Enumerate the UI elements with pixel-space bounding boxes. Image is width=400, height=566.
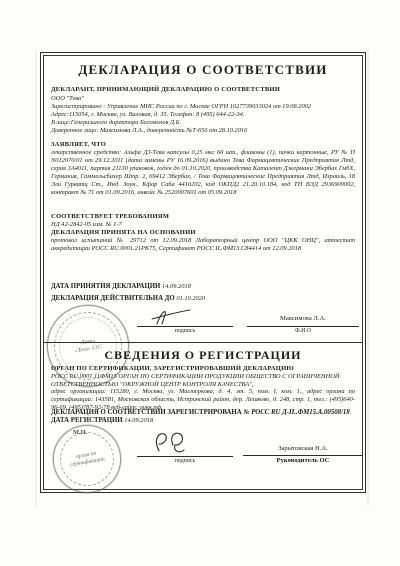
registration-date-value: 14.09.2018 bbox=[124, 417, 153, 424]
conforms-heading: СООТВЕТСТВУЕТ ТРЕБОВАНИЯМ bbox=[51, 213, 355, 221]
declarant-name: ООО "Тева" bbox=[51, 95, 355, 103]
declaration-document: ДЕКЛАРАЦИЯ О СООТВЕТСТВИИ ДЕКЛАРАНТ, ПРИ… bbox=[40, 52, 366, 493]
date-valid-value: 01.10.2020 bbox=[176, 295, 205, 302]
section-divider bbox=[43, 342, 363, 343]
registration-number-row: ДЕКЛАРАЦИЯ О СООТВЕТСТВИИ ЗАРЕГИСТРИРОВА… bbox=[51, 409, 355, 416]
scan-artifact-left bbox=[35, 50, 37, 506]
scan-artifact-right bbox=[367, 50, 369, 506]
basis-heading: ДЕКЛАРАЦИЯ ПРИНЯТА НА ОСНОВАНИИ bbox=[51, 229, 355, 237]
registration-number-value: № РОСС RU Д-IL.ФМ15.А.00508/18 bbox=[243, 409, 349, 416]
registration-date-label: ДАТА РЕГИСТРАЦИИ bbox=[51, 417, 123, 424]
date-valid-label: ДЕКЛАРАЦИЯ ДЕЙСТВИТЕЛЬНА ДО bbox=[51, 295, 175, 302]
signatory-2-line bbox=[243, 455, 363, 456]
declarant-registered: Зарегистрировано : Управление МНС России… bbox=[51, 103, 355, 111]
declarant-address: Адрес:115054, г. Москва, ул. Валовая, д.… bbox=[51, 111, 355, 119]
declarant-person: В лице:Генерального директора Богомолов … bbox=[51, 119, 355, 127]
registration-date-row: ДАТА РЕГИСТРАЦИИ 14.09.2018 bbox=[51, 417, 355, 424]
date-valid-row: ДЕКЛАРАЦИЯ ДЕЙСТВИТЕЛЬНА ДО 01.10.2020 bbox=[51, 295, 355, 302]
authority-heading: ОРГАН ПО СЕРТИФИКАЦИИ, ЗАРЕГИСТРИРОВАВШИ… bbox=[51, 365, 355, 373]
signatory-1-caption: Ф.И.О bbox=[247, 328, 359, 334]
signature-1-caption: подпись bbox=[137, 328, 233, 334]
signatory-2-name: Зарытовская Н.А. bbox=[247, 445, 359, 452]
signatory-1-name: Максимова Л.А. bbox=[251, 315, 355, 322]
signature-2-caption: подпись bbox=[137, 458, 233, 464]
registration-title: СВЕДЕНИЯ О РЕГИСТРАЦИИ bbox=[41, 348, 365, 363]
signatory-1-line bbox=[247, 326, 359, 327]
basis-text: протокол испытаний № 29712 от 12.09.2018… bbox=[51, 237, 355, 253]
conforms-text: НД 42-2842-05 изм. № 1-7 bbox=[51, 221, 355, 229]
declarant-heading: ДЕКЛАРАНТ, ПРИНИМАЮЩИЙ ДЕКЛАРАЦИЮ О СООТ… bbox=[51, 86, 355, 94]
signatory-2-role: Руководитель ОС bbox=[243, 457, 363, 464]
document-title: ДЕКЛАРАЦИЯ О СООТВЕТСТВИИ bbox=[41, 62, 365, 78]
declarant-trustee: Доверенное лицо: Максимова Л.А., доверен… bbox=[51, 127, 355, 135]
signature-1 bbox=[149, 307, 193, 327]
declares-heading: ЗАЯВЛЯЕТ, ЧТО bbox=[51, 141, 355, 149]
signature-2 bbox=[149, 431, 189, 455]
authority-text: РОСС RU.0001.11ФМ15 ОРГАН ПО СЕРТИФИКАЦИ… bbox=[51, 373, 355, 389]
signature-1-line bbox=[137, 326, 233, 327]
signature-2-line bbox=[137, 456, 233, 457]
date-accepted-label: ДАТА ПРИНЯТИЯ ДЕКЛАРАЦИИ bbox=[51, 283, 160, 290]
declares-text: лекарственное средство: Альфа Д3-Тева ка… bbox=[51, 149, 355, 197]
date-accepted-row: ДАТА ПРИНЯТИЯ ДЕКЛАРАЦИИ 14.09.2018 bbox=[51, 283, 355, 290]
date-accepted-value: 14.09.2018 bbox=[162, 283, 191, 290]
registration-number-label: ДЕКЛАРАЦИЯ О СООТВЕТСТВИИ ЗАРЕГИСТРИРОВА… bbox=[51, 409, 242, 416]
